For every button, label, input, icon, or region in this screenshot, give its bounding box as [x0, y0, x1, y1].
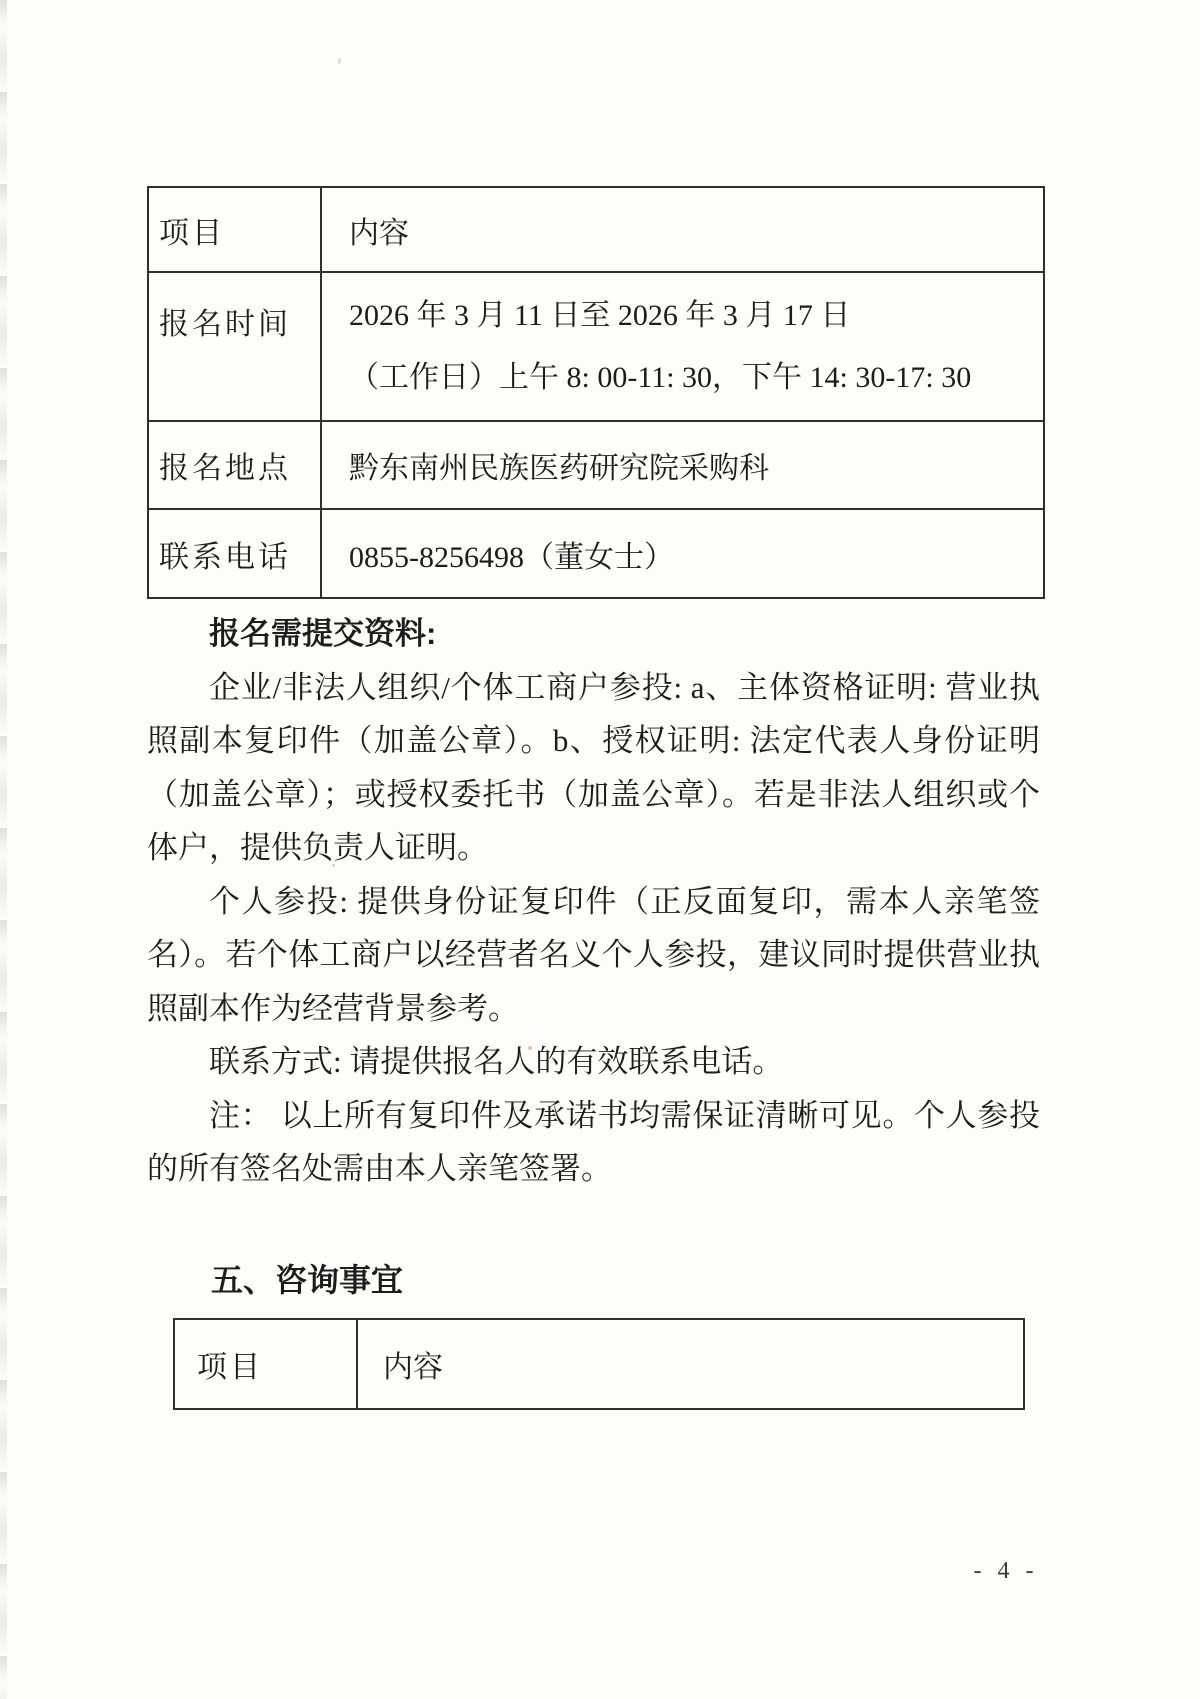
materials-paragraph-enterprise: 企业/非法人组织/个体工商户参投: a、主体资格证明: 营业执照副本复印件（加盖… — [147, 661, 1040, 875]
consultation-table: 项目 内容 — [173, 1318, 1025, 1410]
materials-paragraph-individual: 个人参投: 提供身份证复印件（正反面复印，需本人亲笔签名）。若个体工商户以经营者… — [147, 875, 1040, 1036]
table-header-row: 项目 内容 — [149, 188, 1043, 271]
row-label-cell: 联系电话 — [149, 510, 322, 597]
document-page: 项目 内容 报名时间 2026 年 3 月 11 日至 2026 年 3 月 1… — [0, 0, 1200, 1699]
materials-paragraph-contact: 联系方式: 请提供报名人的有效联系电话。 — [147, 1035, 1040, 1089]
scan-edge-artifact — [0, 0, 7, 1699]
header-item-cell: 项目 — [175, 1320, 358, 1408]
header-content-cell: 内容 — [322, 188, 1043, 271]
materials-section: 报名需提交资料: 企业/非法人组织/个体工商户参投: a、主体资格证明: 营业执… — [147, 607, 1040, 1196]
table-row-contact-phone: 联系电话 0855-8256498（董女士） — [149, 508, 1043, 597]
scan-speck — [338, 58, 341, 64]
row-label-cell: 报名时间 — [149, 273, 322, 420]
header-content-cell: 内容 — [358, 1320, 1023, 1408]
section-heading-consultation: 五、咨询事宜 — [147, 1258, 1040, 1302]
header-item-cell: 项目 — [149, 188, 322, 271]
materials-heading: 报名需提交资料: — [147, 607, 1040, 661]
row-content-cell: 0855-8256498（董女士） — [322, 510, 1043, 597]
materials-paragraph-note: 注： 以上所有复印件及承诺书均需保证清晰可见。个人参投的所有签名处需由本人亲笔签… — [147, 1089, 1040, 1196]
row-content-cell: 2026 年 3 月 11 日至 2026 年 3 月 17 日 （工作日）上午… — [322, 273, 1043, 420]
row-label-cell: 报名地点 — [149, 422, 322, 508]
row-content-cell: 黔东南州民族医药研究院采购科 — [322, 422, 1043, 508]
registration-time-line-1: 2026 年 3 月 11 日至 2026 年 3 月 17 日 — [349, 299, 1043, 332]
page-number: - 4 - — [958, 1558, 1054, 1585]
table-row-registration-place: 报名地点 黔东南州民族医药研究院采购科 — [149, 420, 1043, 508]
registration-time-line-2: （工作日）上午 8: 00-11: 30，下午 14: 30-17: 30 — [349, 361, 1043, 394]
table-row-registration-time: 报名时间 2026 年 3 月 11 日至 2026 年 3 月 17 日 （工… — [149, 271, 1043, 420]
registration-info-table: 项目 内容 报名时间 2026 年 3 月 11 日至 2026 年 3 月 1… — [147, 186, 1045, 599]
